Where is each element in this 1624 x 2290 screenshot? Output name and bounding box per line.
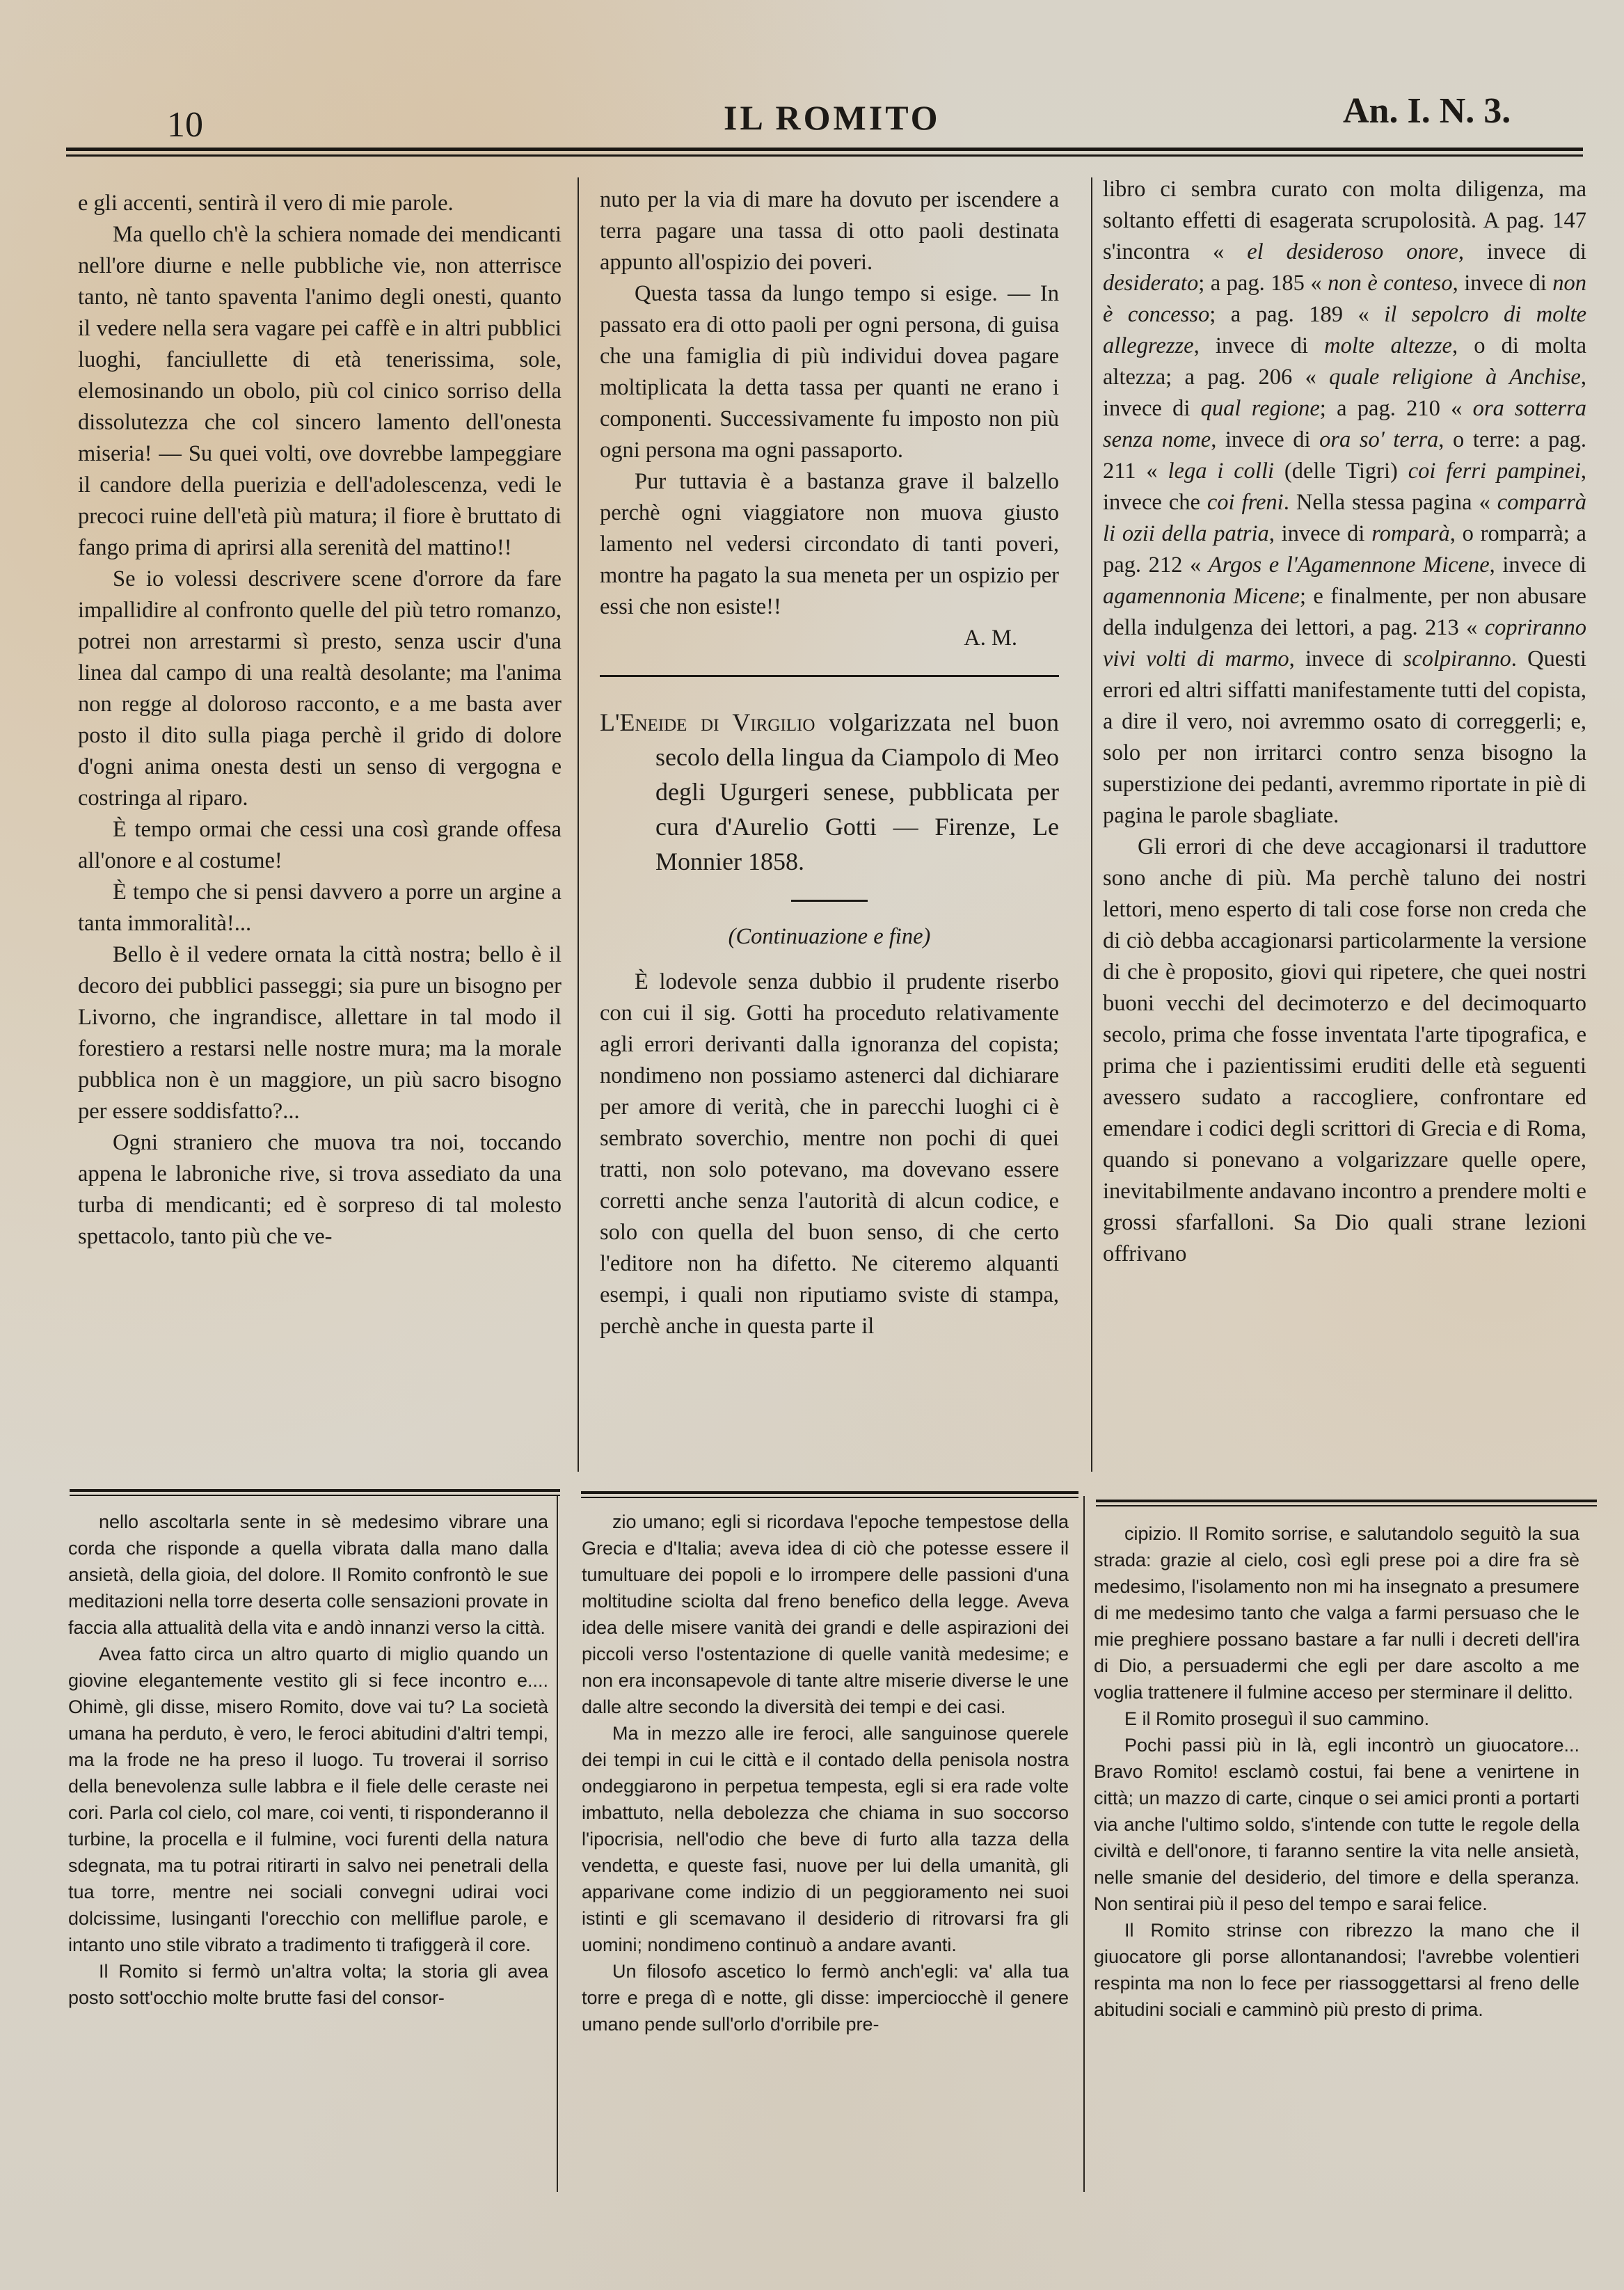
paragraph-with-citations: libro ci sembra curato con molta diligen… (1103, 174, 1586, 832)
citation-italic: non è conteso (1328, 271, 1452, 296)
paragraph: Ma quello ch'è la schiera nomade dei men… (78, 219, 562, 564)
section-rule (1096, 1500, 1597, 1506)
text-run: . Questi errori ed altri siffatti manife… (1103, 646, 1586, 828)
newspaper-page: 10 IL ROMITO An. I. N. 3. e gli accenti,… (0, 0, 1624, 2290)
paragraph: zio umano; egli si ricordava l'epoche te… (582, 1509, 1069, 1720)
paragraph: Questa tassa da lungo tempo si esige. — … (600, 278, 1059, 466)
citation-italic: molte altezze (1324, 333, 1452, 358)
article-separator (600, 675, 1059, 677)
bottom-column-2: zio umano; egli si ricordava l'epoche te… (582, 1509, 1069, 2037)
citation-italic: el desideroso onore, (1247, 239, 1464, 264)
section-rule (581, 1491, 1078, 1498)
column-divider (578, 177, 579, 1472)
text-run: invece di (1464, 239, 1586, 264)
text-run: , invece di (1453, 271, 1553, 296)
paragraph: Un filosofo ascetico lo fermò anch'egli:… (582, 1958, 1069, 2037)
citation-italic: coi freni (1207, 490, 1284, 515)
page-number: 10 (167, 104, 203, 145)
citation-italic: Argos e l'Agamennone Micene (1209, 552, 1490, 578)
text-run: , invece di (1194, 333, 1325, 358)
short-separator (791, 900, 868, 902)
paragraph: Ogni straniero che muova tra noi, toccan… (78, 1127, 562, 1253)
citation-italic: lega i colli (1168, 459, 1274, 484)
paragraph: È tempo ormai che cessi una così grande … (78, 814, 562, 877)
paragraph: nello ascoltarla sente in sè medesimo vi… (68, 1509, 548, 1641)
text-run: , invece di (1490, 552, 1586, 578)
text-run: . Nella stessa pagina « (1284, 490, 1497, 515)
citation-italic: scolpiranno (1403, 646, 1511, 671)
paragraph: Ma in mezzo alle ire feroci, alle sangui… (582, 1720, 1069, 1958)
paragraph: Gli errori di che deve accagionarsi il t… (1103, 832, 1586, 1270)
paragraph: È tempo che si pensi davvero a porre un … (78, 877, 562, 939)
column-divider (557, 1496, 558, 2192)
citation-italic: romparà (1371, 521, 1450, 546)
citation-italic: desiderato (1103, 271, 1198, 296)
text-run: , invece di (1269, 521, 1371, 546)
text-run: ; a pag. 189 « (1209, 302, 1384, 327)
paragraph: Avea fatto circa un altro quarto di migl… (68, 1641, 548, 1958)
paragraph: Pur tuttavia è a bastanza grave il balze… (600, 466, 1059, 623)
masthead-title: IL ROMITO (724, 97, 941, 138)
section-rule (70, 1489, 560, 1496)
citation-italic: ora so' terra (1319, 427, 1438, 452)
paragraph: nuto per la via di mare ha dovuto per is… (600, 184, 1059, 278)
text-run: , invece di (1289, 646, 1403, 671)
column-divider (1091, 177, 1092, 1472)
text-run: ; a pag. 185 « (1198, 271, 1328, 296)
paragraph: È lodevole senza dubbio il prudente rise… (600, 967, 1059, 1342)
citation-italic: quale religione à Anchise (1329, 365, 1581, 390)
paragraph: Il Romito strinse con ribrezzo la mano c… (1094, 1917, 1579, 2023)
bottom-column-1: nello ascoltarla sente in sè medesimo vi… (68, 1509, 548, 2011)
title-small-caps: Eneide di Virgilio (619, 708, 815, 736)
issue-number: An. I. N. 3. (1343, 90, 1511, 132)
column-divider (1083, 1496, 1085, 2192)
paragraph: e gli accenti, sentirà il vero di mie pa… (78, 188, 562, 219)
text-run: , invece di (1211, 427, 1319, 452)
citation-italic: qual regione (1201, 396, 1320, 421)
author-signature: A. M. (600, 623, 1059, 654)
paragraph: E il Romito proseguì il suo cammino. (1094, 1705, 1579, 1732)
paragraph: Pochi passi più in là, egli incontrò un … (1094, 1732, 1579, 1917)
bottom-column-3: cipizio. Il Romito sorrise, e salutandol… (1094, 1520, 1579, 2023)
text-run: (delle Tigri) (1274, 459, 1408, 484)
top-column-3: libro ci sembra curato con molta diligen… (1103, 174, 1586, 1270)
paragraph: Se io volessi descrivere scene d'orrore … (78, 564, 562, 814)
review-book-title: L'Eneide di Virgilio volgarizzata nel bu… (600, 705, 1059, 879)
text-run: ; a pag. 210 « (1320, 396, 1473, 421)
title-prefix: L' (600, 708, 619, 736)
top-column-2: nuto per la via di mare ha dovuto per is… (600, 184, 1059, 1342)
subheading: (Continuazione e fine) (600, 921, 1059, 953)
paragraph: Il Romito si fermò un'altra volta; la st… (68, 1958, 548, 2011)
header-rule (66, 148, 1583, 157)
citation-italic: agamennonia Micene (1103, 584, 1300, 609)
top-column-1: e gli accenti, sentirà il vero di mie pa… (78, 188, 562, 1253)
paragraph: cipizio. Il Romito sorrise, e salutandol… (1094, 1520, 1579, 1705)
paragraph: Bello è il vedere ornata la città nostra… (78, 939, 562, 1127)
citation-italic: coi ferri pampinei (1408, 459, 1581, 484)
